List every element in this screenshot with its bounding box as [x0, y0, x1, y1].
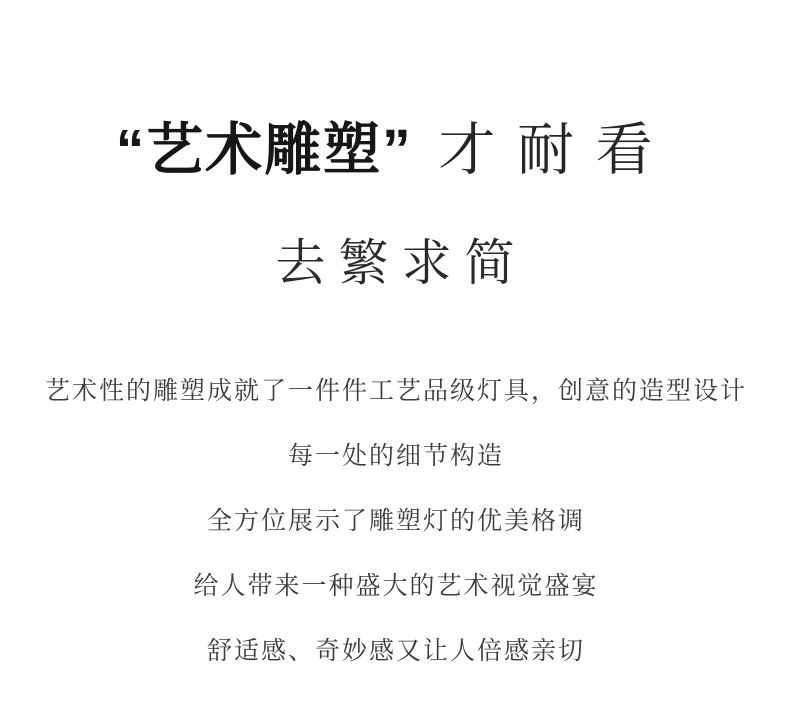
body-line-1: 艺术性的雕塑成就了一件件工艺品级灯具，创意的造型设计	[0, 378, 790, 404]
body-line-2: 每一处的细节构造	[0, 443, 790, 469]
page-subtitle: 去繁求简	[0, 232, 790, 294]
body-line-3: 全方位展示了雕塑灯的优美格调	[0, 508, 790, 534]
page-title: “艺术雕塑”才耐看	[0, 0, 790, 188]
page-title-rest-text: 才耐看	[438, 118, 674, 182]
page-title-quoted-text: “艺术雕塑”	[116, 118, 413, 182]
body-line-4: 给人带来一种盛大的艺术视觉盛宴	[0, 573, 790, 599]
promo-page: “艺术雕塑”才耐看 去繁求简 艺术性的雕塑成就了一件件工艺品级灯具，创意的造型设…	[0, 0, 790, 727]
body-copy: 艺术性的雕塑成就了一件件工艺品级灯具，创意的造型设计 每一处的细节构造 全方位展…	[0, 378, 790, 664]
body-line-5: 舒适感、奇妙感又让人倍感亲切	[0, 638, 790, 664]
